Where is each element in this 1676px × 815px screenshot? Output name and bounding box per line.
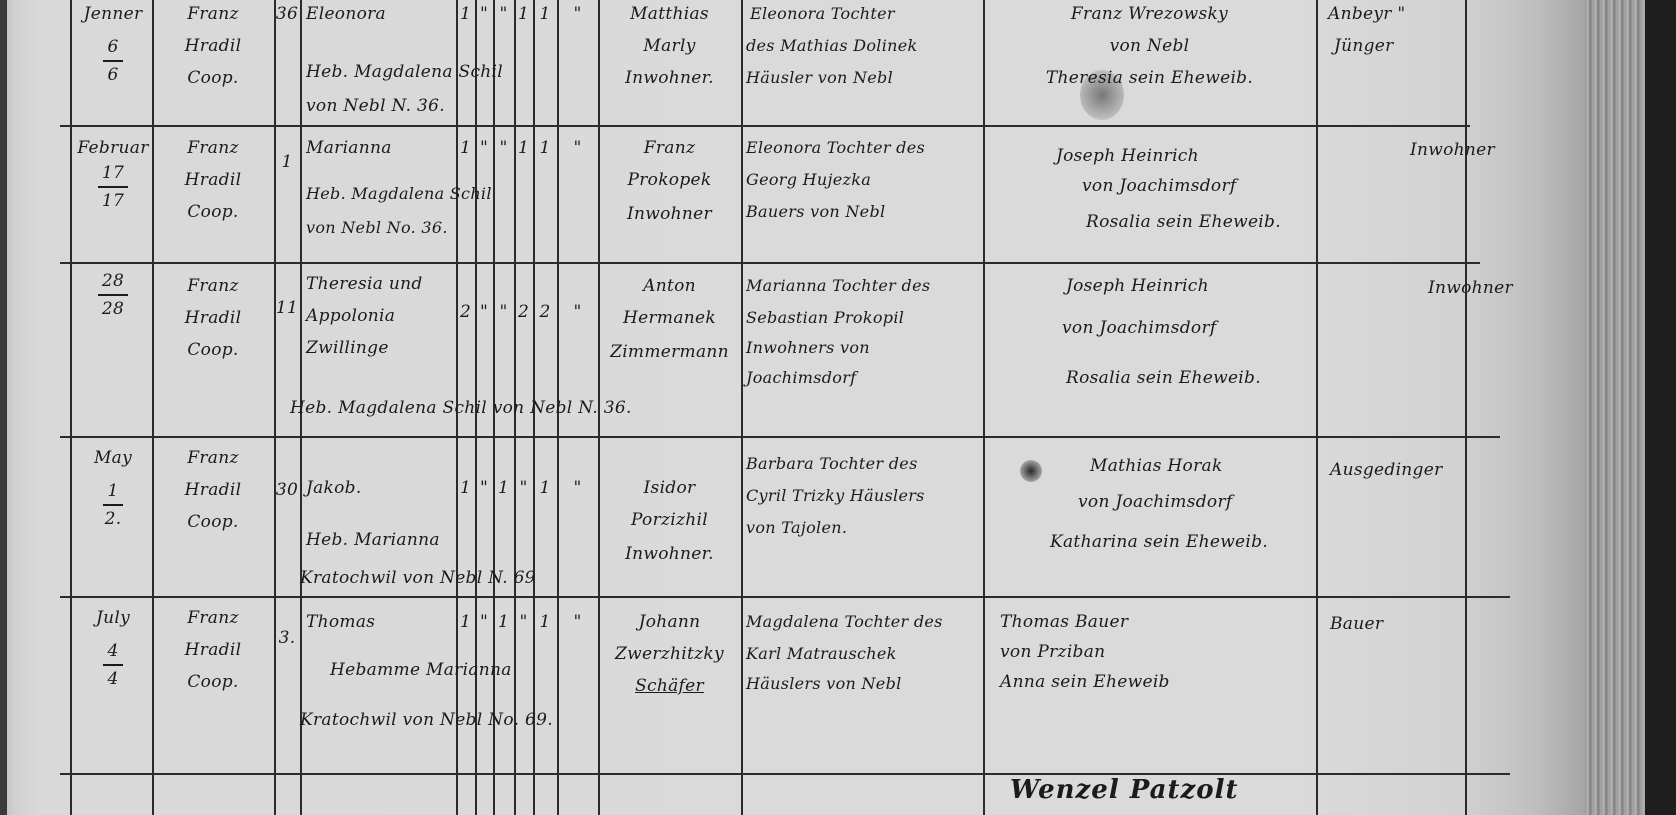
father-line: Zimmermann [598, 334, 741, 370]
date-numerator: 28 [98, 268, 128, 296]
godparent-line: von Joachimsdorf [1062, 310, 1216, 346]
father-line: Marly [598, 28, 741, 64]
midwife-line: Heb. Marianna [306, 522, 440, 558]
column-divider [741, 0, 743, 815]
mark: 1 [533, 0, 557, 32]
father-line: Inwohner. [598, 536, 741, 572]
mark: 1 [493, 470, 514, 506]
priest-signature: Wenzel Patzolt [1010, 772, 1238, 808]
date-numerator: 1 [103, 478, 122, 506]
midwife-line: Kratochwil von Nebl No. 69. [300, 702, 553, 738]
remark-line: Inwohner [1410, 132, 1495, 168]
father-line: Porzizhil [598, 502, 741, 538]
scan-background [1645, 0, 1676, 815]
book-binding-left [0, 0, 7, 815]
mother-line: Häuslers von Nebl [746, 666, 902, 702]
father-line: Hermanek [598, 300, 741, 336]
midwife-line: von Nebl No. 36. [306, 210, 448, 246]
date-denominator: 6 [103, 62, 122, 88]
mark: " [557, 0, 598, 32]
month: Jenner [74, 0, 152, 32]
mother-line: des Mathias Dolinek [746, 28, 917, 64]
mark: 1 [533, 604, 557, 640]
mother-line: Magdalena Tochter des [746, 604, 943, 640]
mark: " [493, 294, 514, 330]
column-divider [70, 0, 72, 815]
date: 44 [74, 638, 152, 697]
father-line: Inwohner [598, 196, 741, 232]
priest-line: Franz [152, 600, 274, 636]
date: 1717 [74, 160, 152, 219]
priest-line: Coop. [152, 332, 274, 368]
row-divider [60, 262, 1480, 264]
mark: 1 [533, 470, 557, 506]
midwife-line: Kratochwil von Nebl N. 69 [300, 560, 536, 596]
priest-line: Franz [152, 268, 274, 304]
child-name: Eleonora [306, 0, 386, 32]
priest-line: Coop. [152, 504, 274, 540]
godparent-line: von Nebl [983, 28, 1316, 64]
midwife-line: Hebamme Marianna [330, 652, 512, 688]
mark: " [475, 0, 493, 32]
house-number: 36 [274, 0, 300, 32]
father-line: Prokopek [598, 162, 741, 198]
child-name: Thomas [306, 604, 375, 640]
mark: " [475, 294, 493, 330]
month: July [74, 600, 152, 636]
mark: 2 [456, 294, 475, 330]
mark: 1 [493, 604, 514, 640]
mark: " [557, 470, 598, 506]
house-number: 1 [274, 144, 300, 180]
column-divider [1465, 0, 1467, 815]
house-number: 11 [274, 290, 300, 326]
book-page-edges [1585, 0, 1645, 815]
mark: 1 [456, 130, 475, 166]
date-numerator: 6 [103, 34, 122, 62]
date-denominator: 17 [98, 188, 128, 214]
house-number: 30 [274, 472, 300, 508]
priest-line: Coop. [152, 60, 274, 96]
row-divider [60, 596, 1510, 598]
godparent-line: Theresia sein Eheweib. [983, 60, 1316, 96]
mark: " [475, 604, 493, 640]
godparent-line: von Joachimsdorf [1078, 484, 1232, 520]
column-divider [1316, 0, 1318, 815]
date: 2828 [74, 268, 152, 327]
priest-line: Hradil [152, 300, 274, 336]
row-divider [60, 436, 1500, 438]
mark: " [557, 130, 598, 166]
remark-line: Inwohner [1428, 270, 1513, 306]
midwife-line: von Nebl N. 36. [306, 88, 445, 124]
date-numerator: 4 [103, 638, 122, 666]
godparent-line: Mathias Horak [1090, 448, 1223, 484]
mark: " [493, 0, 514, 32]
date-denominator: 4 [103, 666, 122, 692]
child-name: Marianna [306, 130, 392, 166]
mark: 1 [456, 604, 475, 640]
priest-line: Hradil [152, 472, 274, 508]
midwife-line: Heb. Magdalena Schil [306, 54, 503, 90]
mother-line: Marianna Tochter des [746, 268, 930, 304]
mark: 1 [456, 0, 475, 32]
child-name: Jakob. [306, 470, 362, 506]
mother-line: Georg Hujezka [746, 162, 871, 198]
priest-line: Coop. [152, 664, 274, 700]
midwife-line: Heb. Magdalena Schil [306, 176, 492, 212]
mother-line: Bauers von Nebl [746, 194, 885, 230]
father-line: Johann [598, 604, 741, 640]
mark: " [557, 294, 598, 330]
date-denominator: 2. [103, 506, 122, 532]
row-divider [60, 125, 1470, 127]
mother-line: Cyril Trizky Häuslers [746, 478, 925, 514]
remark-line: Jünger [1334, 28, 1394, 64]
mother-line: Häusler von Nebl [746, 60, 893, 96]
date: 66 [74, 34, 152, 93]
mother-line: Joachimsdorf [746, 360, 856, 396]
mark: " [557, 604, 598, 640]
mark: 1 [514, 130, 533, 166]
house-number: 3. [274, 620, 300, 656]
priest-line: Franz [152, 130, 274, 166]
priest-line: Hradil [152, 162, 274, 198]
father-line: Anton [598, 268, 741, 304]
godparent-line: Rosalia sein Eheweib. [1086, 204, 1281, 240]
father-line: Zwerzhitzky [598, 636, 741, 672]
godparent-line: Joseph Heinrich [1066, 268, 1209, 304]
father-line: Schäfer [598, 668, 741, 704]
date: 12. [74, 478, 152, 537]
mark: 2 [533, 294, 557, 330]
mark: 1 [533, 130, 557, 166]
mark: " [475, 470, 493, 506]
mark: 2 [514, 294, 533, 330]
mark: " [493, 130, 514, 166]
priest-line: Coop. [152, 194, 274, 230]
priest-line: Franz [152, 440, 274, 476]
mark: 1 [456, 470, 475, 506]
mark: " [514, 604, 533, 640]
child-name: Theresia und Appolonia Zwillinge [306, 268, 456, 364]
mark: " [475, 130, 493, 166]
father-line: Isidor [598, 470, 741, 506]
mark: " [514, 470, 533, 506]
father-line: Inwohner. [598, 60, 741, 96]
date-numerator: 17 [98, 160, 128, 188]
priest-line: Hradil [152, 28, 274, 64]
column-divider [274, 0, 276, 815]
column-divider [983, 0, 985, 815]
godparent-line: Anna sein Eheweib [1000, 664, 1170, 700]
mark: 1 [514, 0, 533, 32]
father-line: Franz [598, 130, 741, 166]
remark-line: Ausgedinger [1330, 452, 1443, 488]
ink-blot [1020, 460, 1042, 482]
date-denominator: 28 [98, 296, 128, 322]
mother-line: Barbara Tochter des [746, 446, 918, 482]
godparent-line: von Joachimsdorf [1082, 168, 1236, 204]
midwife-line: Heb. Magdalena Schil von Nebl N. 36. [290, 390, 632, 426]
priest-line: Hradil [152, 632, 274, 668]
mother-line: von Tajolen. [746, 510, 847, 546]
register-page: Jenner 66 Franz Hradil Coop. 36 Eleonora… [0, 0, 1600, 815]
row-divider [60, 773, 1510, 775]
remark-line: Bauer [1330, 606, 1383, 642]
month: May [74, 440, 152, 476]
mother-line: Eleonora Tochter des [746, 130, 925, 166]
godparent-line: Rosalia sein Eheweib. [1066, 360, 1261, 396]
godparent-line: Katharina sein Eheweib. [1050, 524, 1268, 560]
